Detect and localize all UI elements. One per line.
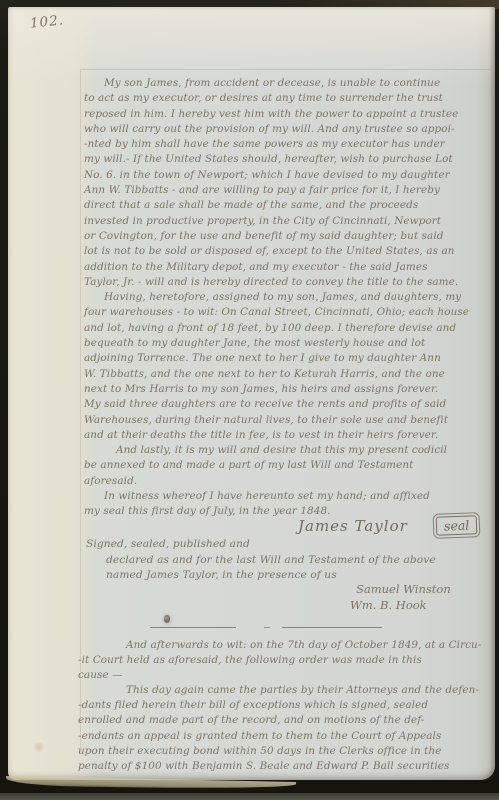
handwritten-line: enrolled and made part of the record, an… [78, 713, 489, 728]
handwritten-line: Ann W. Tibbatts - and are willing to pay… [84, 183, 489, 198]
handwritten-line: And afterwards to wit: on the 7th day of… [78, 638, 489, 653]
signature-row: James Taylor seal [298, 516, 477, 535]
handwritten-line: Taylor, Jr. - will and is hereby directe… [84, 275, 489, 290]
handwritten-line: My son James, from accident or decease, … [84, 76, 489, 91]
handwritten-line: and lot, having a front of 18 feet, by 1… [84, 321, 489, 336]
handwritten-line: -it Court held as aforesaid, the followi… [78, 653, 489, 668]
handwritten-line: Having, heretofore, assigned to my son, … [84, 290, 489, 305]
pinhole-mark [164, 615, 170, 623]
page-number: 102. [29, 12, 65, 31]
will-codicil-block: My son James, from accident or decease, … [84, 76, 489, 520]
witness-signature: Samuel Winston [356, 582, 451, 598]
attestation-block: Signed, sealed, published anddeclared as… [86, 537, 436, 584]
testator-signature: James Taylor [298, 517, 408, 535]
handwritten-line: declared as and for the last Will and Te… [86, 553, 436, 569]
stain-mark [32, 742, 46, 752]
handwritten-line: four warehouses - to wit: On Canal Stree… [84, 305, 489, 320]
handwritten-line: Signed, sealed, published and [86, 537, 436, 553]
divider-dash [264, 627, 270, 628]
handwritten-line: No. 6. in the town of Newport; which I h… [84, 168, 489, 183]
handwritten-line: aforesaid. [84, 474, 489, 489]
handwritten-line: lot is not to be sold or disposed of, ex… [84, 244, 489, 259]
handwritten-line: This day again came the parties by their… [78, 683, 489, 698]
handwritten-line: next to Mrs Harris to my son James, his … [84, 382, 489, 397]
handwritten-line: Warehouses, during their natural lives, … [84, 413, 489, 428]
divider-line [150, 627, 236, 628]
handwritten-line: In witness whereof I have hereunto set m… [84, 489, 489, 504]
divider-line [282, 627, 382, 628]
handwritten-line: my will.- If the United States should, h… [84, 152, 489, 167]
handwritten-line: to act as my executor, or desires at any… [84, 91, 489, 106]
handwritten-line: addition to the Military depot, and my e… [84, 260, 489, 275]
handwritten-line: be annexed to and made a part of my last… [84, 458, 489, 473]
handwritten-line: invested in productive property, in the … [84, 214, 489, 229]
handwritten-line: -dants filed herein their bill of except… [78, 698, 489, 713]
handwritten-line: My said three daughters are to receive t… [84, 397, 489, 412]
handwritten-line: adjoining Torrence. The one next to her … [84, 351, 489, 366]
handwritten-line: direct that a sale shall be made of the … [84, 198, 489, 213]
handwritten-line: or Covington, for the use and benefit of… [84, 229, 489, 244]
handwritten-line: who will carry out the provision of my w… [84, 122, 489, 137]
witness-signatures: Samuel Winston Wm. B. Hook [356, 582, 451, 613]
handwritten-line: penalty of $100 with Benjamin S. Beale a… [78, 759, 489, 774]
seal-mark: seal [435, 515, 477, 535]
handwritten-line: bequeath to my daughter Jane, the most w… [84, 336, 489, 351]
witness-signature: Wm. B. Hook [350, 598, 445, 614]
handwritten-line: upon their executing bond within 50 days… [78, 744, 489, 759]
handwritten-line: -nted by him shall have the same powers … [84, 137, 489, 152]
handwritten-line: W. Tibbatts, and the one next to her to … [84, 367, 489, 382]
ledger-page: 102. My son James, from accident or dece… [8, 7, 495, 780]
handwritten-line: -endants an appeal is granted them to th… [78, 729, 489, 744]
handwritten-line: reposed in him. I hereby vest him with t… [84, 107, 489, 122]
desk-edge-strip [0, 793, 499, 800]
section-divider [150, 627, 400, 628]
record-book-photo: 102. My son James, from accident or dece… [0, 0, 499, 800]
handwritten-line: And lastly, it is my will and desire tha… [84, 443, 489, 458]
court-order-block: And afterwards to wit: on the 7th day of… [78, 638, 489, 774]
handwritten-line: cause — [78, 668, 489, 683]
handwritten-line: and at their deaths the title in fee, is… [84, 428, 489, 443]
